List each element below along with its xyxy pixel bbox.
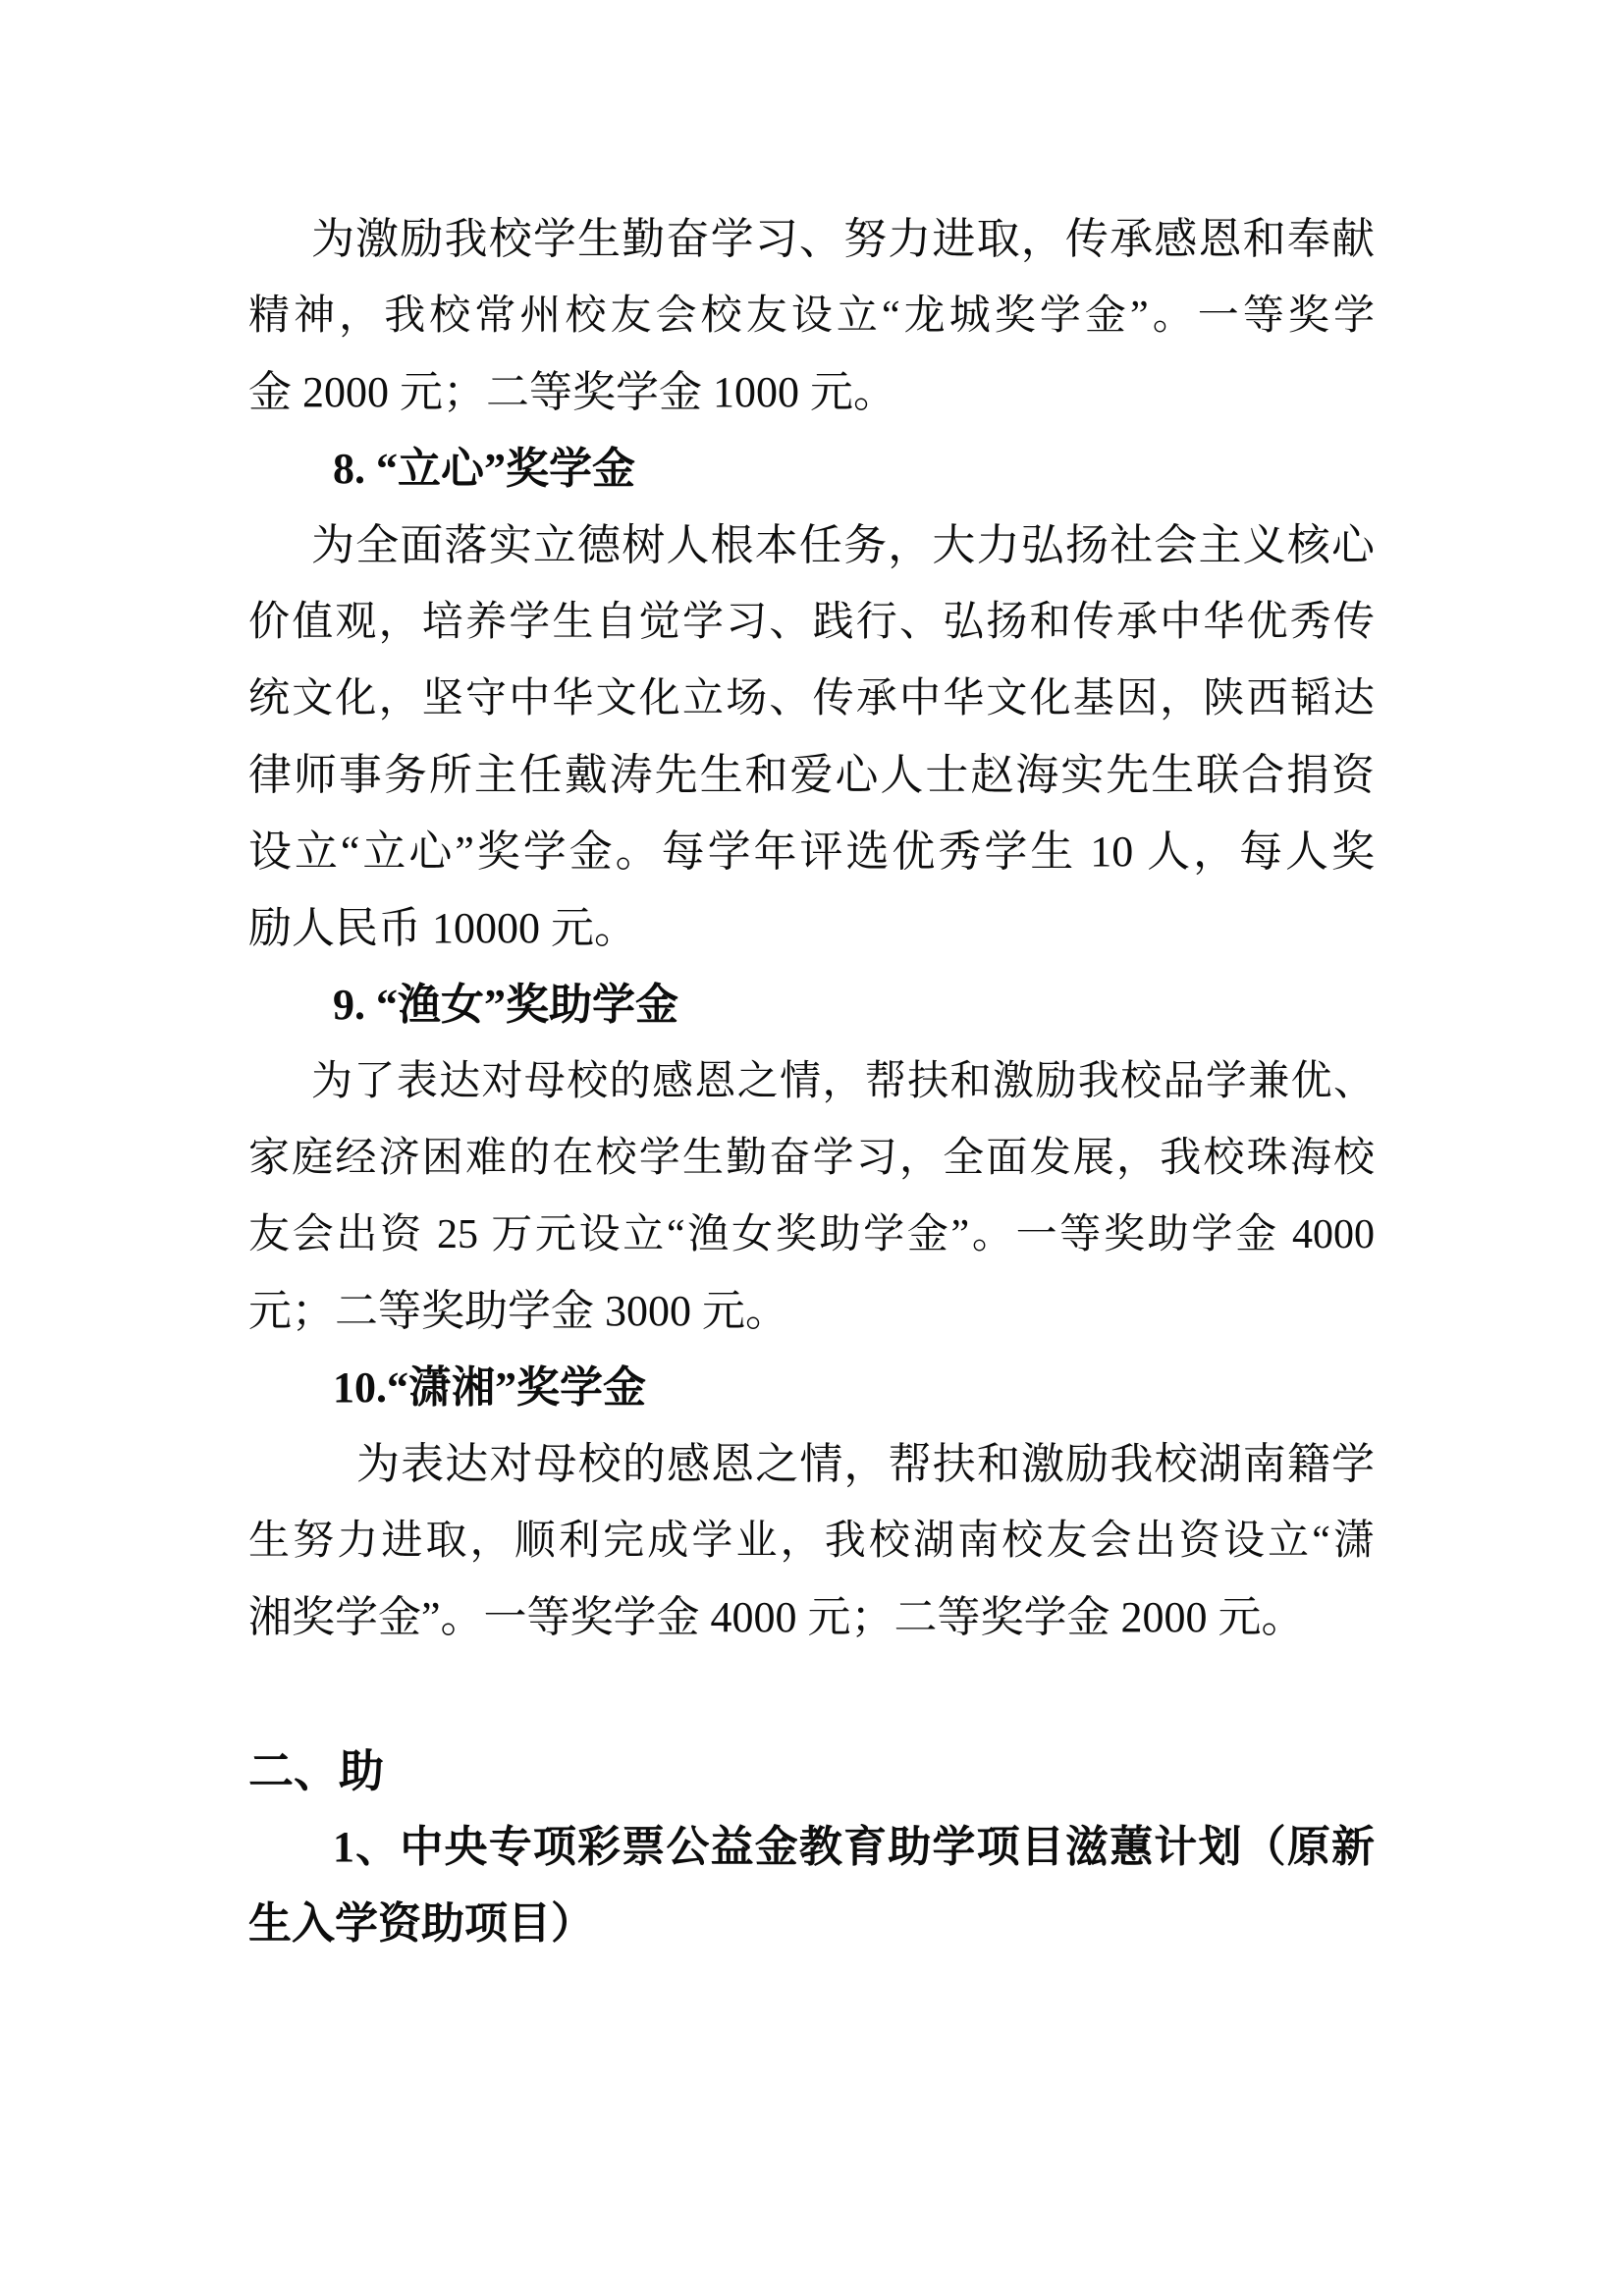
longcheng-paragraph-line-1: 为激励我校学生勤奋学习、努力进取，传承感恩和奉献 — [248, 201, 1375, 278]
lixin-paragraph-line-5: 设立“立心”奖学金。每学年评选优秀学生 10 人，每人奖 — [248, 814, 1375, 890]
lixin-paragraph-line-6: 励人民币 10000 元。 — [248, 890, 1375, 967]
section-2-heading: 二、助 — [248, 1733, 1375, 1809]
zihui-paragraph-line-2: 生入学资助项目） — [248, 1886, 1375, 1962]
heading-8-lixin: 8. “立心”奖学金 — [248, 431, 1375, 507]
zihui-paragraph-line-1: 1、中央专项彩票公益金教育助学项目滋蕙计划（原新 — [248, 1809, 1375, 1886]
document-content: 为激励我校学生勤奋学习、努力进取，传承感恩和奉献 精神，我校常州校友会校友设立“… — [248, 201, 1375, 1962]
blank-line — [248, 1656, 1375, 1733]
yunv-paragraph-line-4: 元；二等奖助学金 3000 元。 — [248, 1273, 1375, 1350]
document-page: 为激励我校学生勤奋学习、努力进取，传承感恩和奉献 精神，我校常州校友会校友设立“… — [0, 0, 1624, 2296]
longcheng-paragraph-line-3: 金 2000 元；二等奖学金 1000 元。 — [248, 354, 1375, 431]
yunv-paragraph-line-1: 为了表达对母校的感恩之情，帮扶和激励我校品学兼优、 — [248, 1043, 1375, 1120]
lixin-paragraph-line-1: 为全面落实立德树人根本任务，大力弘扬社会主义核心 — [248, 507, 1375, 584]
lixin-paragraph-line-2: 价值观，培养学生自觉学习、践行、弘扬和传承中华优秀传 — [248, 584, 1375, 661]
yunv-paragraph-line-3: 友会出资 25 万元设立“渔女奖助学金”。一等奖助学金 4000 — [248, 1197, 1375, 1273]
longcheng-paragraph-line-2: 精神，我校常州校友会校友设立“龙城奖学金”。一等奖学 — [248, 278, 1375, 354]
yunv-paragraph-line-2: 家庭经济困难的在校学生勤奋学习，全面发展，我校珠海校 — [248, 1120, 1375, 1197]
heading-10-xiaoxiang: 10.“潇湘”奖学金 — [248, 1350, 1375, 1426]
xiaoxiang-paragraph-line-3: 湘奖学金”。一等奖学金 4000 元；二等奖学金 2000 元。 — [248, 1579, 1375, 1656]
heading-9-yunv: 9. “渔女”奖助学金 — [248, 967, 1375, 1043]
xiaoxiang-paragraph-line-1: 为表达对母校的感恩之情，帮扶和激励我校湖南籍学 — [248, 1426, 1375, 1503]
lixin-paragraph-line-3: 统文化，坚守中华文化立场、传承中华文化基因，陕西韬达 — [248, 661, 1375, 737]
xiaoxiang-paragraph-line-2: 生努力进取，顺利完成学业，我校湖南校友会出资设立“潇 — [248, 1503, 1375, 1579]
lixin-paragraph-line-4: 律师事务所主任戴涛先生和爱心人士赵海实先生联合捐资 — [248, 737, 1375, 814]
